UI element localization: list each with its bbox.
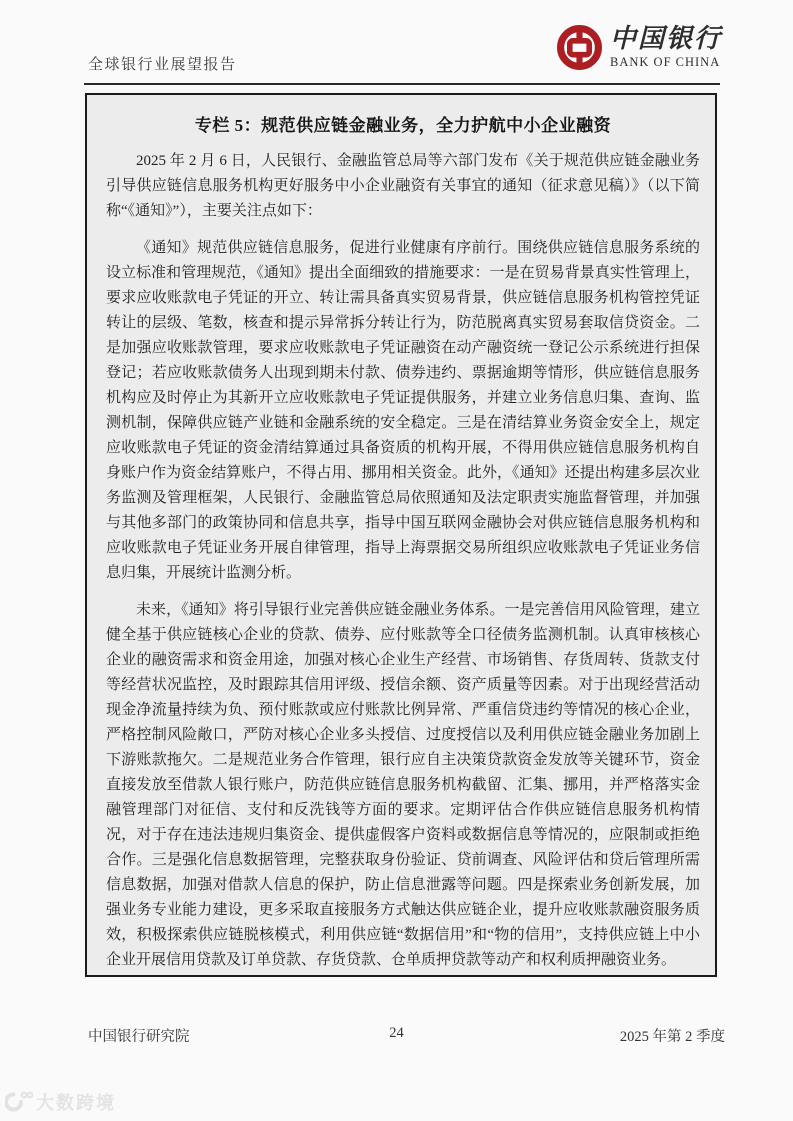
logo-name-en: BANK OF CHINA — [610, 55, 720, 70]
paragraph-future-guidance: 未来，《通知》将引导银行业完善供应链金融业务体系。一是完善信用风险管理，建立健全… — [106, 598, 700, 973]
watermark-icon — [5, 1090, 33, 1114]
footer-issue: 2025 年第 2 季度 — [620, 1025, 725, 1046]
logo-wordmark: 中国银行 BANK OF CHINA — [610, 25, 722, 70]
report-page: 全球银行业展望报告 中国银行 BANK OF CHINA 专栏 5：规范供应链金… — [0, 0, 793, 1121]
watermark-text: 大数跨境 — [36, 1089, 116, 1115]
watermark: 大数跨境 — [5, 1089, 116, 1115]
bank-of-china-logo: 中国银行 BANK OF CHINA — [556, 24, 722, 71]
report-header-title: 全球银行业展望报告 — [88, 53, 237, 74]
paragraph-notice-intro: 2025 年 2 月 6 日，人民银行、金融监管总局等六部门发布《关于规范供应链… — [106, 149, 700, 224]
column-5-title: 专栏 5：规范供应链金融业务，全力护航中小企业融资 — [106, 111, 700, 136]
logo-name-cn: 中国银行 — [610, 25, 722, 54]
paragraph-notice-measures: 《通知》规范供应链信息服务，促进行业健康有序前行。围绕供应链信息服务系统的设立标… — [106, 236, 700, 586]
header-divider — [84, 83, 720, 85]
boc-coin-emblem-icon — [556, 24, 603, 71]
column-5-box: 专栏 5：规范供应链金融业务，全力护航中小企业融资 2025 年 2 月 6 日… — [85, 93, 717, 977]
